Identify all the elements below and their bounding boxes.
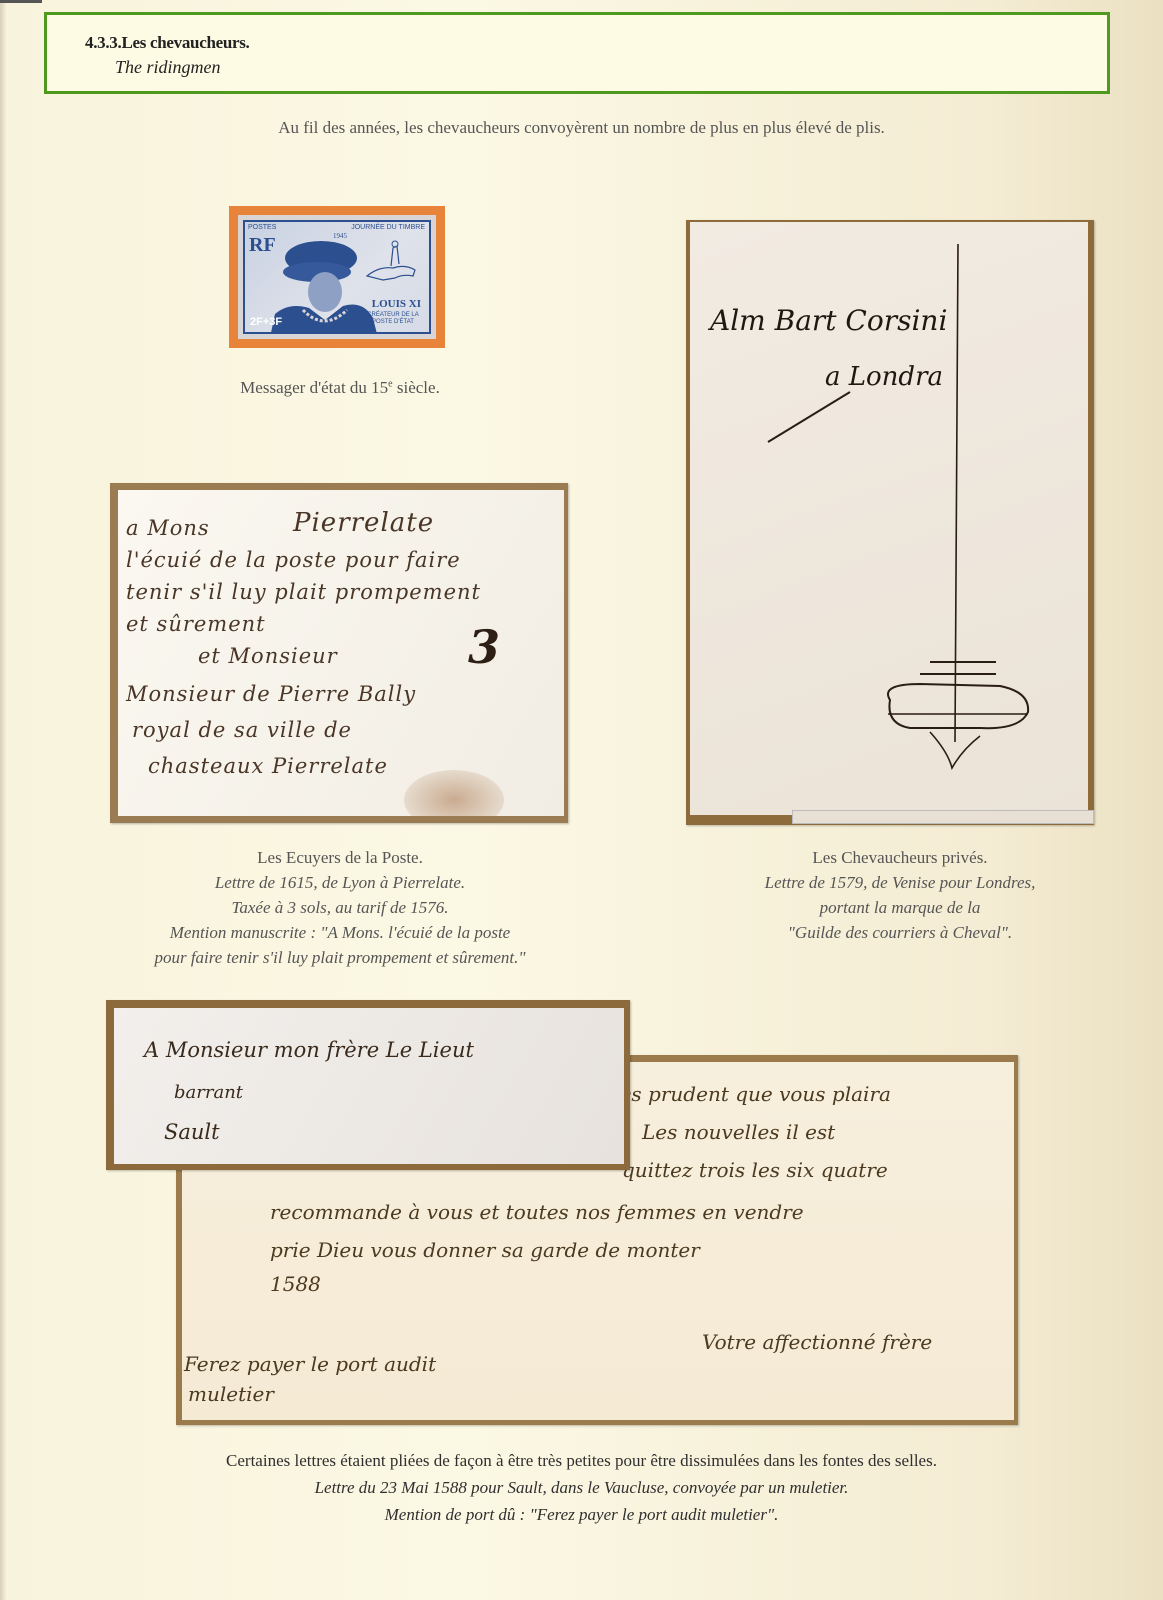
letter-1588-caption: Certaines lettres étaient pliées de faço… — [0, 1447, 1163, 1528]
caption-line: Mention de port dû : "Ferez payer le por… — [0, 1501, 1163, 1528]
letter-1615: a Mons Pierrelate l'écuié de la poste po… — [118, 490, 564, 816]
caption-title: Les Ecuyers de la Poste. — [80, 845, 600, 870]
handwriting-port-due: muletier — [188, 1382, 274, 1406]
handwriting-date: 1588 — [270, 1272, 321, 1296]
page-edge — [0, 0, 6, 1600]
handwriting-line: prie Dieu vous donner sa garde de monter — [270, 1238, 700, 1262]
letter-1588-cover: A Monsieur mon frère Le Lieut barrant Sa… — [114, 1008, 624, 1164]
handwriting-line: recommande à vous et toutes nos femmes e… — [270, 1200, 804, 1224]
caption-line: Lettre du 23 Mai 1588 pour Sault, dans l… — [0, 1474, 1163, 1501]
section-header: 4.3.3.Les chevaucheurs. The ridingmen — [44, 12, 1110, 94]
caption-line: pour faire tenir s'il luy plait prompeme… — [80, 945, 600, 970]
stamp-rf: RF — [249, 234, 276, 257]
caption-line: Mention manuscrite : "A Mons. l'écuié de… — [80, 920, 600, 945]
section-subtitle: The ridingmen — [115, 57, 221, 78]
louis-xi-stamp: POSTES RF JOURNÉE DU TIMBRE 1945 LOUIS X… — [229, 206, 445, 348]
handwriting-line: et sûrement — [126, 612, 266, 636]
handwriting-address: A Monsieur mon frère Le Lieut — [144, 1038, 474, 1062]
handwriting-line: royal de sa ville de — [132, 718, 352, 742]
scan-edge — [0, 0, 42, 3]
handwriting-signature: Votre affectionné frère — [702, 1330, 932, 1354]
handwriting-line: barrant — [174, 1082, 243, 1103]
caption-line: Lettre de 1615, de Lyon à Pierrelate. — [80, 870, 600, 895]
stamp-postes: POSTES — [248, 224, 276, 231]
handwriting-line: Monsieur de Pierre Bally — [126, 682, 416, 706]
stamp-caption: Messager d'état du 15e siècle. — [180, 378, 500, 398]
handwriting-line: tenir s'il luy plait prompement — [126, 580, 481, 604]
handwriting-line: a Mons — [126, 516, 210, 540]
caption-line: portant la marque de la — [690, 895, 1110, 920]
letter-1579-fold — [792, 810, 1094, 824]
caption-line: Taxée à 3 sols, au tarif de 1576. — [80, 895, 600, 920]
stamp-creator: CRÉATEUR DE LA POSTE D'ÉTAT — [363, 312, 423, 326]
stamp-journee: JOURNÉE DU TIMBRE — [351, 224, 425, 231]
handwriting-port-due: Ferez payer le port audit — [184, 1352, 436, 1376]
caption-line: Certaines lettres étaient pliées de faço… — [0, 1447, 1163, 1474]
stamp-caption-end: siècle. — [393, 378, 440, 397]
letter-1615-caption: Les Ecuyers de la Poste. Lettre de 1615,… — [80, 845, 600, 970]
stamp-value: 2F+3F — [250, 316, 282, 328]
stamp-caption-text: Messager d'état du 15 — [240, 378, 388, 397]
handwriting-line: et Monsieur — [198, 644, 338, 668]
section-title: 4.3.3.Les chevaucheurs. — [85, 33, 250, 53]
handwriting-line: quittez trois les six quatre — [622, 1158, 888, 1182]
letter-1579-caption: Les Chevaucheurs privés. Lettre de 1579,… — [690, 845, 1110, 945]
caption-line: Lettre de 1579, de Venise pour Londres, — [690, 870, 1110, 895]
handwriting-line: très prudent que vous plaira — [602, 1082, 891, 1106]
handwriting-line: l'écuié de la poste pour faire — [126, 548, 461, 572]
horseman-icon — [363, 236, 419, 288]
handwriting-destination: Sault — [164, 1120, 220, 1144]
guild-mark-icon — [690, 222, 1088, 815]
handwriting-address: Pierrelate — [293, 508, 434, 538]
handwriting-line: Les nouvelles il est — [642, 1120, 835, 1144]
caption-line: "Guilde des courriers à Cheval". — [690, 920, 1110, 945]
stamp-year: 1945 — [333, 232, 347, 240]
handwriting-line: chasteaux Pierrelate — [148, 754, 388, 778]
stain — [404, 770, 504, 816]
intro-text: Au fil des années, les chevaucheurs conv… — [0, 118, 1163, 138]
caption-title: Les Chevaucheurs privés. — [690, 845, 1110, 870]
tax-mark: 3 — [468, 620, 501, 674]
letter-1579: Alm Bart Corsini a Londra — [690, 222, 1088, 815]
stamp-name: LOUIS XI — [372, 298, 421, 310]
